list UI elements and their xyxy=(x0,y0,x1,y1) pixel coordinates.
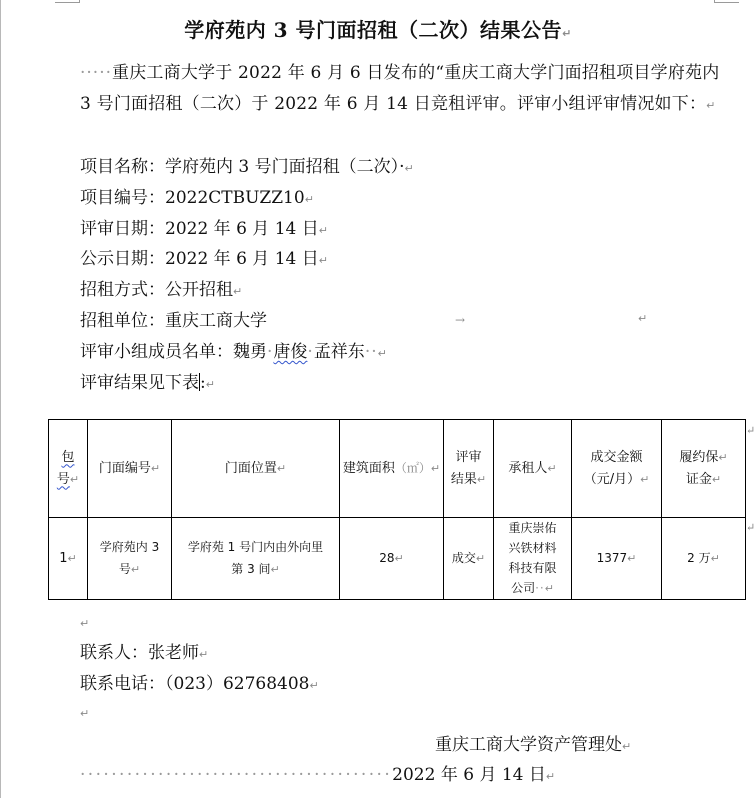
crop-mark-top-left xyxy=(55,0,80,3)
paragraph-mark-icon: ↵ xyxy=(546,770,555,783)
field-project-name[interactable]: 项目名称：学府苑内 3 号门面招租（二次）·↵ xyxy=(80,152,414,177)
intro-paragraph[interactable]: ·····重庆工商大学于 2022 年 6 月 6 日发布的“重庆工商大学门面招… xyxy=(80,58,725,121)
field-lease-method[interactable]: 招租方式：公开招租↵ xyxy=(80,275,242,300)
cell-tenant[interactable]: 重庆崇佑 兴铁材料 科技有限 公司··↵ xyxy=(494,518,572,600)
header-storefront-no[interactable]: 门面编号↵ xyxy=(88,420,172,518)
field-review-date[interactable]: 评审日期：2022 年 6 月 14 日↵ xyxy=(80,214,328,239)
member-spellcheck: 唐俊 xyxy=(273,342,307,362)
table-row: 1↵ 学府苑内 3 号↵ 学府苑 1 号门内由外向里 第 3 间↵ 28↵ 成交… xyxy=(49,518,746,600)
cell-result[interactable]: 成交↵ xyxy=(444,518,494,600)
empty-paragraph[interactable]: ↵ xyxy=(80,612,89,632)
paragraph-mark-icon: ↵ xyxy=(206,378,215,391)
header-review-result[interactable]: 评审 结果↵ xyxy=(444,420,494,518)
paragraph-mark-icon: ↵ xyxy=(319,224,328,237)
crop-mark-top-right xyxy=(714,0,739,3)
cell-location[interactable]: 学府苑 1 号门内由外向里 第 3 间↵ xyxy=(172,518,340,600)
cell-storefront-no[interactable]: 学府苑内 3 号↵ xyxy=(88,518,172,600)
header-package[interactable]: 包 号↵ xyxy=(49,420,88,518)
results-table: 包 号↵ 门面编号↵ 门面位置↵ 建筑面积（㎡）↵ 评审 结果↵ 承租人↵ 成交… xyxy=(48,419,746,600)
header-location[interactable]: 门面位置↵ xyxy=(172,420,340,518)
indent-dots: ····· xyxy=(80,63,112,83)
paragraph-mark-icon: ↵ xyxy=(405,162,414,175)
paragraph-mark-icon: ↵ xyxy=(562,27,572,40)
cell-amount[interactable]: 1377↵ xyxy=(572,518,662,600)
member: 孟祥东 xyxy=(314,342,365,362)
row-end-mark-icon: ↵ xyxy=(746,424,755,437)
document-title[interactable]: 学府苑内 3 号门面招租（二次）结果公告↵ xyxy=(0,14,756,43)
empty-paragraph[interactable]: ↵ xyxy=(80,702,89,722)
paragraph-mark-icon: ↵ xyxy=(309,679,318,692)
paragraph-mark-icon: ↵ xyxy=(199,648,208,661)
field-lease-unit[interactable]: 招租单位：重庆工商大学 xyxy=(80,306,267,331)
signature-org[interactable]: 重庆工商大学资产管理处↵ xyxy=(435,730,631,755)
header-amount[interactable]: 成交金额 （元/月）↵ xyxy=(572,420,662,518)
paragraph-mark-icon: ↵ xyxy=(233,285,242,298)
field-publish-date[interactable]: 公示日期：2022 年 6 月 14 日↵ xyxy=(80,244,328,269)
page-left-edge xyxy=(0,0,1,798)
cell-deposit[interactable]: 2 万↵ xyxy=(662,518,746,600)
member: 魏勇 xyxy=(233,342,267,362)
field-panel-members[interactable]: 评审小组成员名单：魏勇·唐俊·孟祥东··↵ xyxy=(80,337,387,362)
intro-text: 重庆工商大学于 2022 年 6 月 6 日发布的“重庆工商大学门面招租项目学府… xyxy=(80,63,719,114)
row-end-mark-icon: ↵ xyxy=(746,521,755,534)
paragraph-mark-icon: ↵ xyxy=(378,347,387,360)
tab-mark-icon: → xyxy=(455,313,465,327)
paragraph-mark-icon: ↵ xyxy=(706,99,715,112)
paragraph-mark-icon: ↵ xyxy=(80,707,89,720)
header-tenant[interactable]: 承租人↵ xyxy=(494,420,572,518)
table-intro[interactable]: 评审结果见下表:↵ xyxy=(80,368,215,393)
contact-phone[interactable]: 联系电话：（023）62768408↵ xyxy=(80,669,319,694)
header-area[interactable]: 建筑面积（㎡）↵ xyxy=(340,420,444,518)
paragraph-mark-icon: ↵ xyxy=(638,312,647,325)
cell-area[interactable]: 28↵ xyxy=(340,518,444,600)
table-header-row: 包 号↵ 门面编号↵ 门面位置↵ 建筑面积（㎡）↵ 评审 结果↵ 承租人↵ 成交… xyxy=(49,420,746,518)
contact-person[interactable]: 联系人：张老师↵ xyxy=(80,638,208,663)
header-deposit[interactable]: 履约保↵ 证金↵ xyxy=(662,420,746,518)
paragraph-mark-icon: ↵ xyxy=(80,617,89,630)
signature-date[interactable]: ········································… xyxy=(80,760,555,785)
field-project-number[interactable]: 项目编号：2022CTBUZZ10↵ xyxy=(80,183,314,208)
paragraph-mark-icon: ↵ xyxy=(319,254,328,267)
paragraph-mark-icon: ↵ xyxy=(305,193,314,206)
paragraph-mark-icon: ↵ xyxy=(622,740,631,753)
cell-package[interactable]: 1↵ xyxy=(49,518,88,600)
leader-dots: ········································ xyxy=(80,765,392,785)
